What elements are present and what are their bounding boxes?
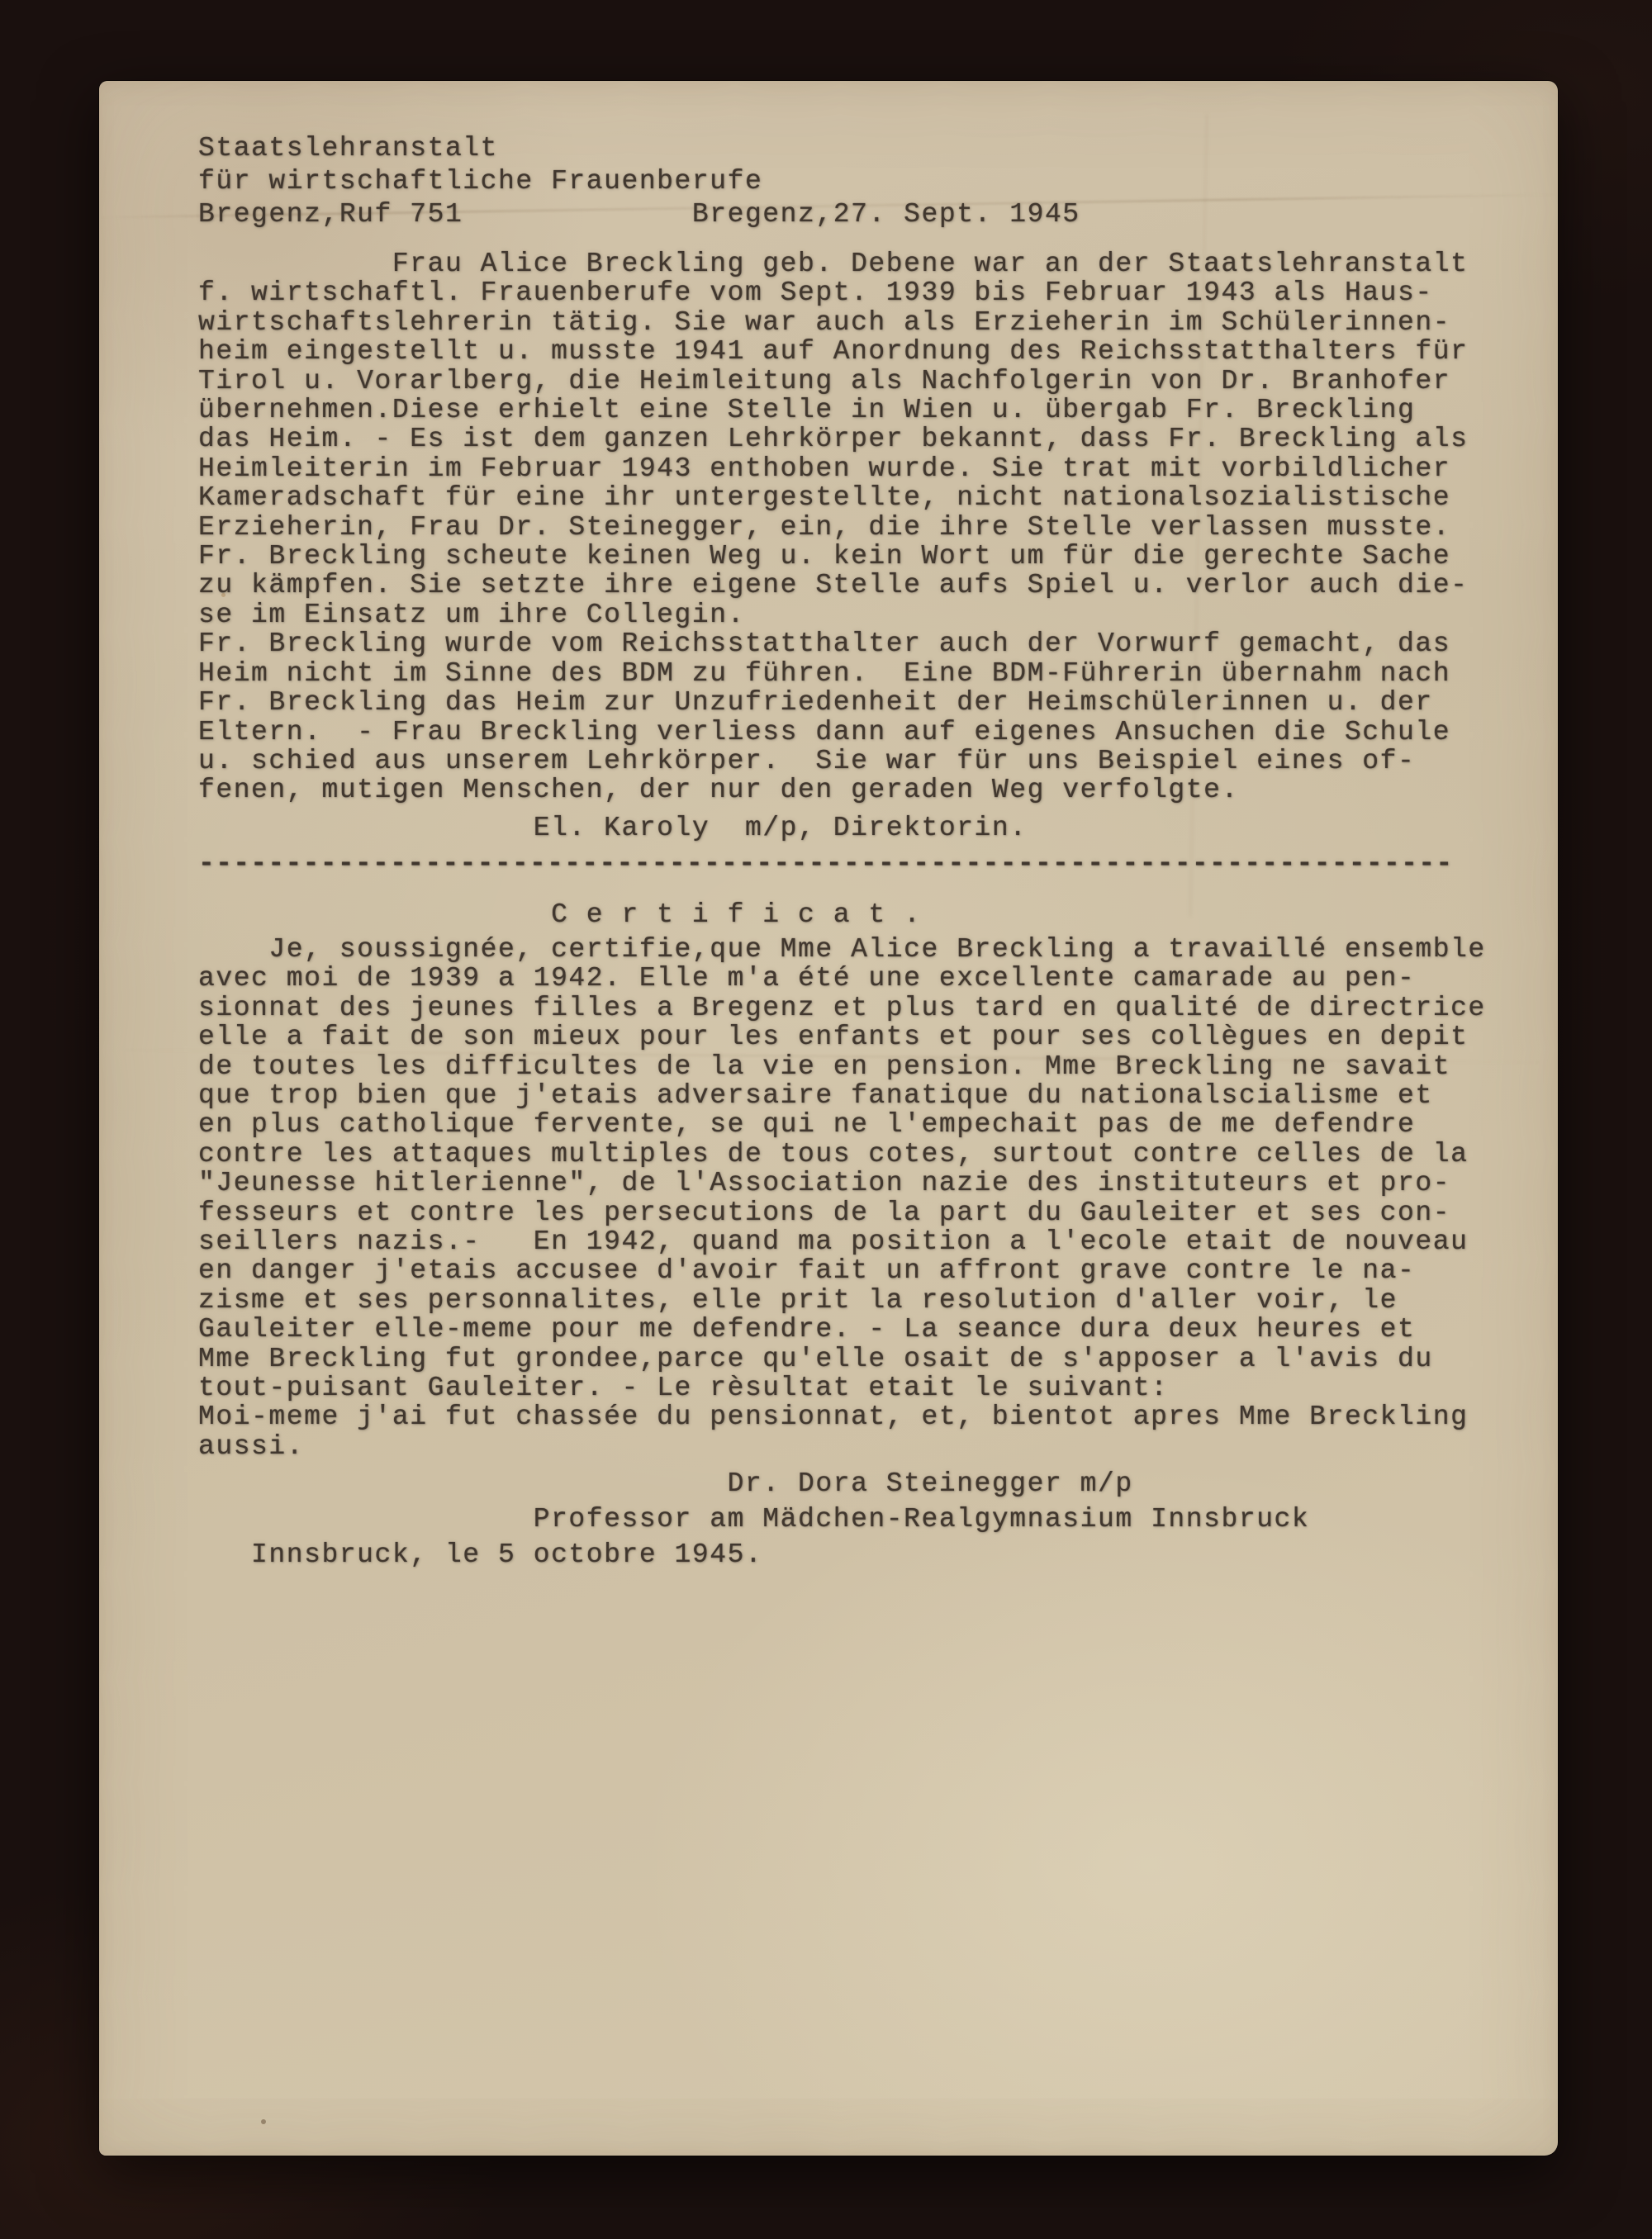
text-line: avec moi de 1939 a 1942. Elle m'a été un… xyxy=(198,964,1530,993)
certificate-body: Je, soussignée, certifie,que Mme Alice B… xyxy=(198,935,1530,1461)
text-line: de toutes les difficultes de la vie en p… xyxy=(198,1052,1530,1081)
paper-speck xyxy=(261,2119,266,2124)
separator-line: ----------------------------------------… xyxy=(198,849,1530,878)
text-line: Erzieherin, Frau Dr. Steinegger, ein, di… xyxy=(198,513,1530,542)
text-line: en plus catholique fervente, se qui ne l… xyxy=(198,1110,1530,1139)
signature-line: Professor am Mädchen-Realgymnasium Innsb… xyxy=(198,1501,1530,1537)
text-line: Fr. Breckling das Heim zur Unzufriedenhe… xyxy=(198,688,1530,717)
text-line: übernehmen.Diese erhielt eine Stelle in … xyxy=(198,396,1530,425)
text-line: Tirol u. Vorarlberg, die Heimleitung als… xyxy=(198,367,1530,396)
text-line: zu kämpfen. Sie setzte ihre eigene Stell… xyxy=(198,571,1530,600)
document-page: Staatslehranstaltfür wirtschaftliche Fra… xyxy=(99,81,1558,2156)
text-line: u. schied aus unserem Lehrkörper. Sie wa… xyxy=(198,747,1530,776)
text-line: f. wirtschaftl. Frauenberufe vom Sept. 1… xyxy=(198,278,1530,307)
text-line: tout-puisant Gauleiter. - Le rèsultat et… xyxy=(198,1373,1530,1402)
text-line: Frau Alice Breckling geb. Debene war an … xyxy=(198,249,1530,278)
text-line: que trop bien que j'etais adversaire fan… xyxy=(198,1081,1530,1110)
text-line: Fr. Breckling wurde vom Reichsstatthalte… xyxy=(198,629,1530,658)
letterhead-line: Staatslehranstalt xyxy=(198,132,1530,165)
text-line: se im Einsatz um ihre Collegin. xyxy=(198,600,1530,629)
text-line: Mme Breckling fut grondee,parce qu'elle … xyxy=(198,1345,1530,1373)
text-line: Heim nicht im Sinne des BDM zu führen. E… xyxy=(198,659,1530,688)
text-line: Kameradschaft für eine ihr untergestellt… xyxy=(198,483,1530,512)
german-letter-body: Frau Alice Breckling geb. Debene war an … xyxy=(198,249,1530,805)
text-line: heim eingestellt u. musste 1941 auf Anor… xyxy=(198,337,1530,366)
text-line: elle a fait de son mieux pour les enfant… xyxy=(198,1022,1530,1051)
text-line: wirtschaftslehrerin tätig. Sie war auch … xyxy=(198,308,1530,337)
text-line: en danger j'etais accusee d'avoir fait u… xyxy=(198,1256,1530,1285)
text-line: Moi-meme j'ai fut chassée du pensionnat,… xyxy=(198,1402,1530,1431)
text-line: "Jeunesse hitlerienne", de l'Association… xyxy=(198,1169,1530,1198)
text-line: fesseurs et contre les persecutions de l… xyxy=(198,1198,1530,1227)
typed-content: Staatslehranstaltfür wirtschaftliche Fra… xyxy=(198,132,1530,1573)
text-line: aussi. xyxy=(198,1432,1530,1461)
photo-background: Staatslehranstaltfür wirtschaftliche Fra… xyxy=(0,0,1652,2239)
text-line: sionnat des jeunes filles a Bregenz et p… xyxy=(198,994,1530,1022)
certificate-signature: Dr. Dora Steinegger m/p Professor am Mäd… xyxy=(198,1466,1530,1573)
letterhead-line: Bregenz,Ruf 751 Bregenz,27. Sept. 1945 xyxy=(198,198,1530,231)
text-line: Heimleiterin im Februar 1943 enthoben wu… xyxy=(198,454,1530,483)
text-line: zisme et ses personnalites, elle prit la… xyxy=(198,1286,1530,1315)
text-line: seillers nazis.- En 1942, quand ma posit… xyxy=(198,1227,1530,1256)
text-line: fenen, mutigen Menschen, der nur den ger… xyxy=(198,776,1530,804)
text-line: Je, soussignée, certifie,que Mme Alice B… xyxy=(198,935,1530,964)
text-line: das Heim. - Es ist dem ganzen Lehrkörper… xyxy=(198,425,1530,453)
text-line: Eltern. - Frau Breckling verliess dann a… xyxy=(198,718,1530,747)
signature-line: Innsbruck, le 5 octobre 1945. xyxy=(198,1537,1530,1573)
certificat-heading: C e r t i f i c a t . xyxy=(198,900,1530,929)
signature-line: Dr. Dora Steinegger m/p xyxy=(198,1466,1530,1501)
text-line: Gauleiter elle-meme pour me defendre. - … xyxy=(198,1315,1530,1344)
german-signature: El. Karoly m/p, Direktorin. xyxy=(198,814,1530,842)
letterhead: Staatslehranstaltfür wirtschaftliche Fra… xyxy=(198,132,1530,231)
text-line: contre les attaques multiples de tous co… xyxy=(198,1140,1530,1169)
letterhead-line: für wirtschaftliche Frauenberufe xyxy=(198,165,1530,198)
text-line: Fr. Breckling scheute keinen Weg u. kein… xyxy=(198,542,1530,571)
